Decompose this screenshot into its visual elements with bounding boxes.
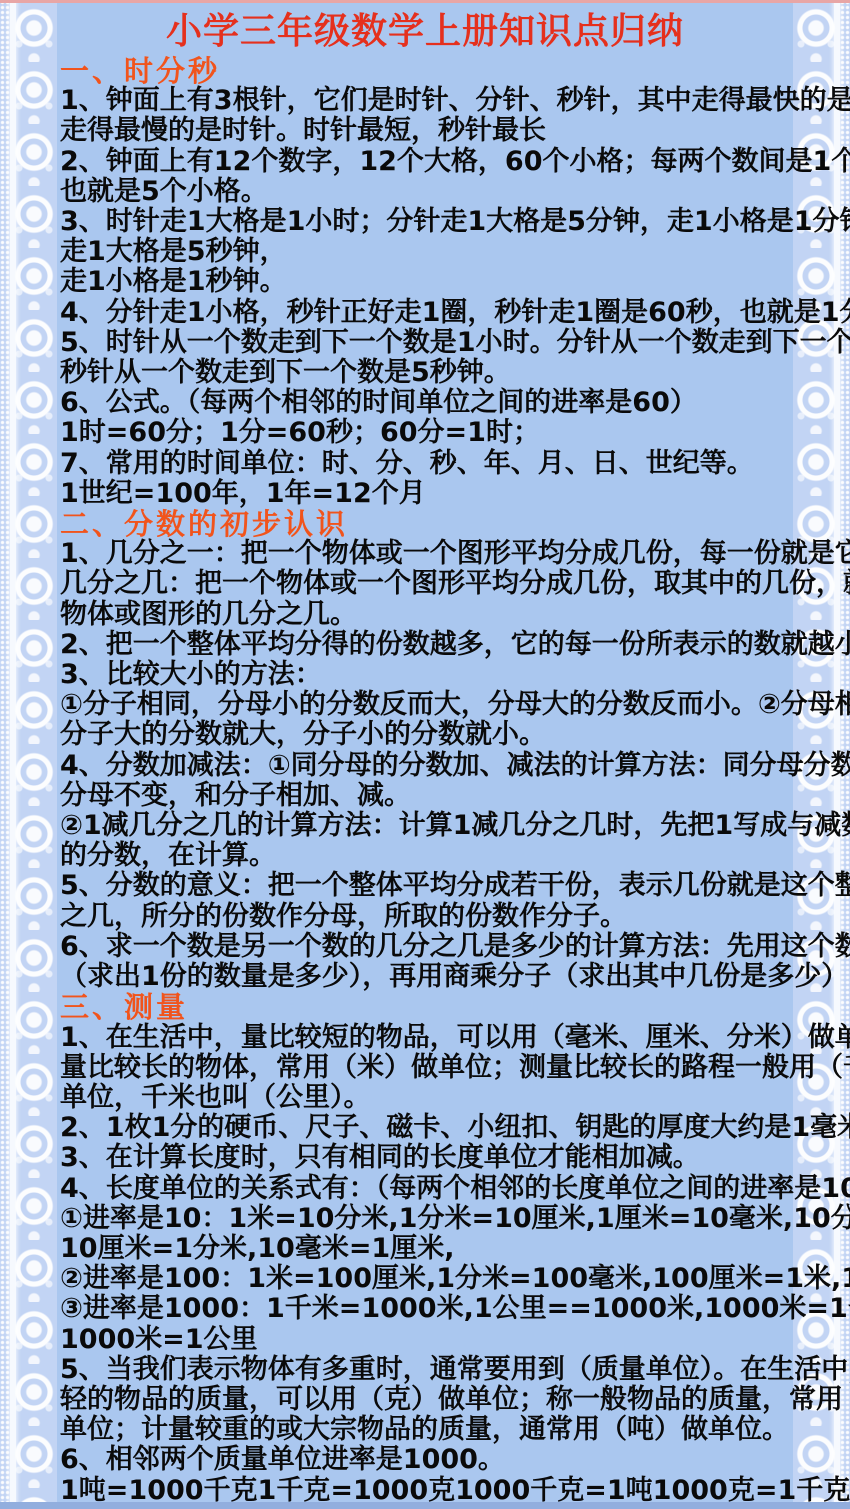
text-line: 2、1枚1分的硬币、尺子、磁卡、小纽扣、钥匙的厚度大约是1毫米。 <box>60 1113 850 1143</box>
section-heading-3: 三、测量 <box>60 992 850 1022</box>
text-line: 走1大格是5秒钟， <box>60 237 850 267</box>
text-line: ③进率是1000：1千米=1000米,1公里==1000米,1000米=1千米, <box>60 1294 850 1324</box>
text-line: （求出1份的数量是多少），再用商乘分子（求出其中几份是多少） <box>60 962 850 992</box>
text-line: 物体或图形的几分之几。 <box>60 600 850 630</box>
text-line: 几分之几：把一个物体或一个图形平均分成几份，取其中的几份，就是这个 <box>60 569 850 599</box>
section-heading-1: 一、时分秒 <box>60 56 850 86</box>
text-line: 轻的物品的质量，可以用（克）做单位；称一般物品的质量，常用（千克）做 <box>60 1385 850 1415</box>
text-line: 10厘米=1分米,10毫米=1厘米, <box>60 1234 850 1264</box>
text-line: 4、分数加减法：①同分母的分数加、减法的计算方法：同分母分数相加减， <box>60 751 850 781</box>
text-line: 走1小格是1秒钟。 <box>60 267 850 297</box>
text-line: 5、时针从一个数走到下一个数是1小时。分针从一个数走到下一个数是5分钟。 <box>60 328 850 358</box>
text-line: 1000米=1公里 <box>60 1325 850 1355</box>
page-title: 小学三年级数学上册知识点归纳 <box>0 8 850 56</box>
text-line: 4、长度单位的关系式有：（每两个相邻的长度单位之间的进率是10） <box>60 1174 850 1204</box>
text-line: 4、分针走1小格，秒针正好走1圈，秒针走1圈是60秒，也就是1分钟。 <box>60 298 850 328</box>
section-heading-2: 二、分数的初步认识 <box>60 509 850 539</box>
text-line: 3、时针走1大格是1小时；分针走1大格是5分钟，走1小格是1分钟；秒针 <box>60 207 850 237</box>
document-page: 小学三年级数学上册知识点归纳 一、时分秒1、钟面上有3根针，它们是时针、分针、秒… <box>0 0 850 1509</box>
text-line: 单位；计量较重的或大宗物品的质量，通常用（吨）做单位。 <box>60 1415 850 1445</box>
top-edge-line <box>0 0 850 3</box>
text-line: 分母不变，和分子相加、减。 <box>60 781 850 811</box>
text-line: 单位，千米也叫（公里）。 <box>60 1083 850 1113</box>
text-line: 走得最慢的是时针。时针最短，秒针最长 <box>60 116 850 146</box>
text-line: 分子大的分数就大，分子小的分数就小。 <box>60 720 850 750</box>
sections-container: 一、时分秒1、钟面上有3根针，它们是时针、分针、秒针，其中走得最快的是秒针，走得… <box>0 56 850 1506</box>
text-line: 量比较长的物体，常用（米）做单位；测量比较长的路程一般用（千米）做 <box>60 1053 850 1083</box>
text-line: ②进率是100：1米=100厘米,1分米=100毫米,100厘米=1米,100毫… <box>60 1264 850 1294</box>
text-line: 2、把一个整体平均分得的份数越多，它的每一份所表示的数就越小。 <box>60 630 850 660</box>
text-line: 1时=60分；1分=60秒；60分=1时； <box>60 418 850 448</box>
bottom-edge-line <box>0 1502 850 1509</box>
text-line: 1、钟面上有3根针，它们是时针、分针、秒针，其中走得最快的是秒针， <box>60 86 850 116</box>
text-line: 1世纪=100年，1年=12个月 <box>60 479 850 509</box>
text-line: ②1减几分之几的计算方法：计算1减几分之几时，先把1写成与减数分母相同 <box>60 811 850 841</box>
text-line: 1、几分之一：把一个物体或一个图形平均分成几份，每一份就是它的几分之一。 <box>60 539 850 569</box>
text-line: 7、常用的时间单位：时、分、秒、年、月、日、世纪等。 <box>60 449 850 479</box>
text-line: ①进率是10：1米=10分米,1分米=10厘米,1厘米=10毫米,10分米=1米… <box>60 1204 850 1234</box>
text-line: 3、在计算长度时，只有相同的长度单位才能相加减。 <box>60 1143 850 1173</box>
text-line: 6、求一个数是另一个数的几分之几是多少的计算方法：先用这个数除以分母 <box>60 932 850 962</box>
text-line: 6、相邻两个质量单位进率是1000。 <box>60 1445 850 1475</box>
text-line: 的分数，在计算。 <box>60 841 850 871</box>
text-line: 2、钟面上有12个数字，12个大格，60个小格；每两个数间是1个大格， <box>60 147 850 177</box>
document-content: 小学三年级数学上册知识点归纳 一、时分秒1、钟面上有3根针，它们是时针、分针、秒… <box>0 0 850 1506</box>
text-line: 5、当我们表示物体有多重时，通常要用到（质量单位）。在生活中，称比较 <box>60 1355 850 1385</box>
text-line: 1、在生活中，量比较短的物品，可以用（毫米、厘米、分米）做单位； <box>60 1023 850 1053</box>
text-line: 5、分数的意义：把一个整体平均分成若干份，表示几份就是这个整体的几分 <box>60 871 850 901</box>
text-line: 之几，所分的份数作分母，所取的份数作分子。 <box>60 902 850 932</box>
text-line: 也就是5个小格。 <box>60 177 850 207</box>
text-line: 6、公式。（每两个相邻的时间单位之间的进率是60） <box>60 388 850 418</box>
text-line: ①分子相同，分母小的分数反而大，分母大的分数反而小。②分母相同， <box>60 690 850 720</box>
text-line: 3、比较大小的方法： <box>60 660 850 690</box>
text-line: 秒针从一个数走到下一个数是5秒钟。 <box>60 358 850 388</box>
